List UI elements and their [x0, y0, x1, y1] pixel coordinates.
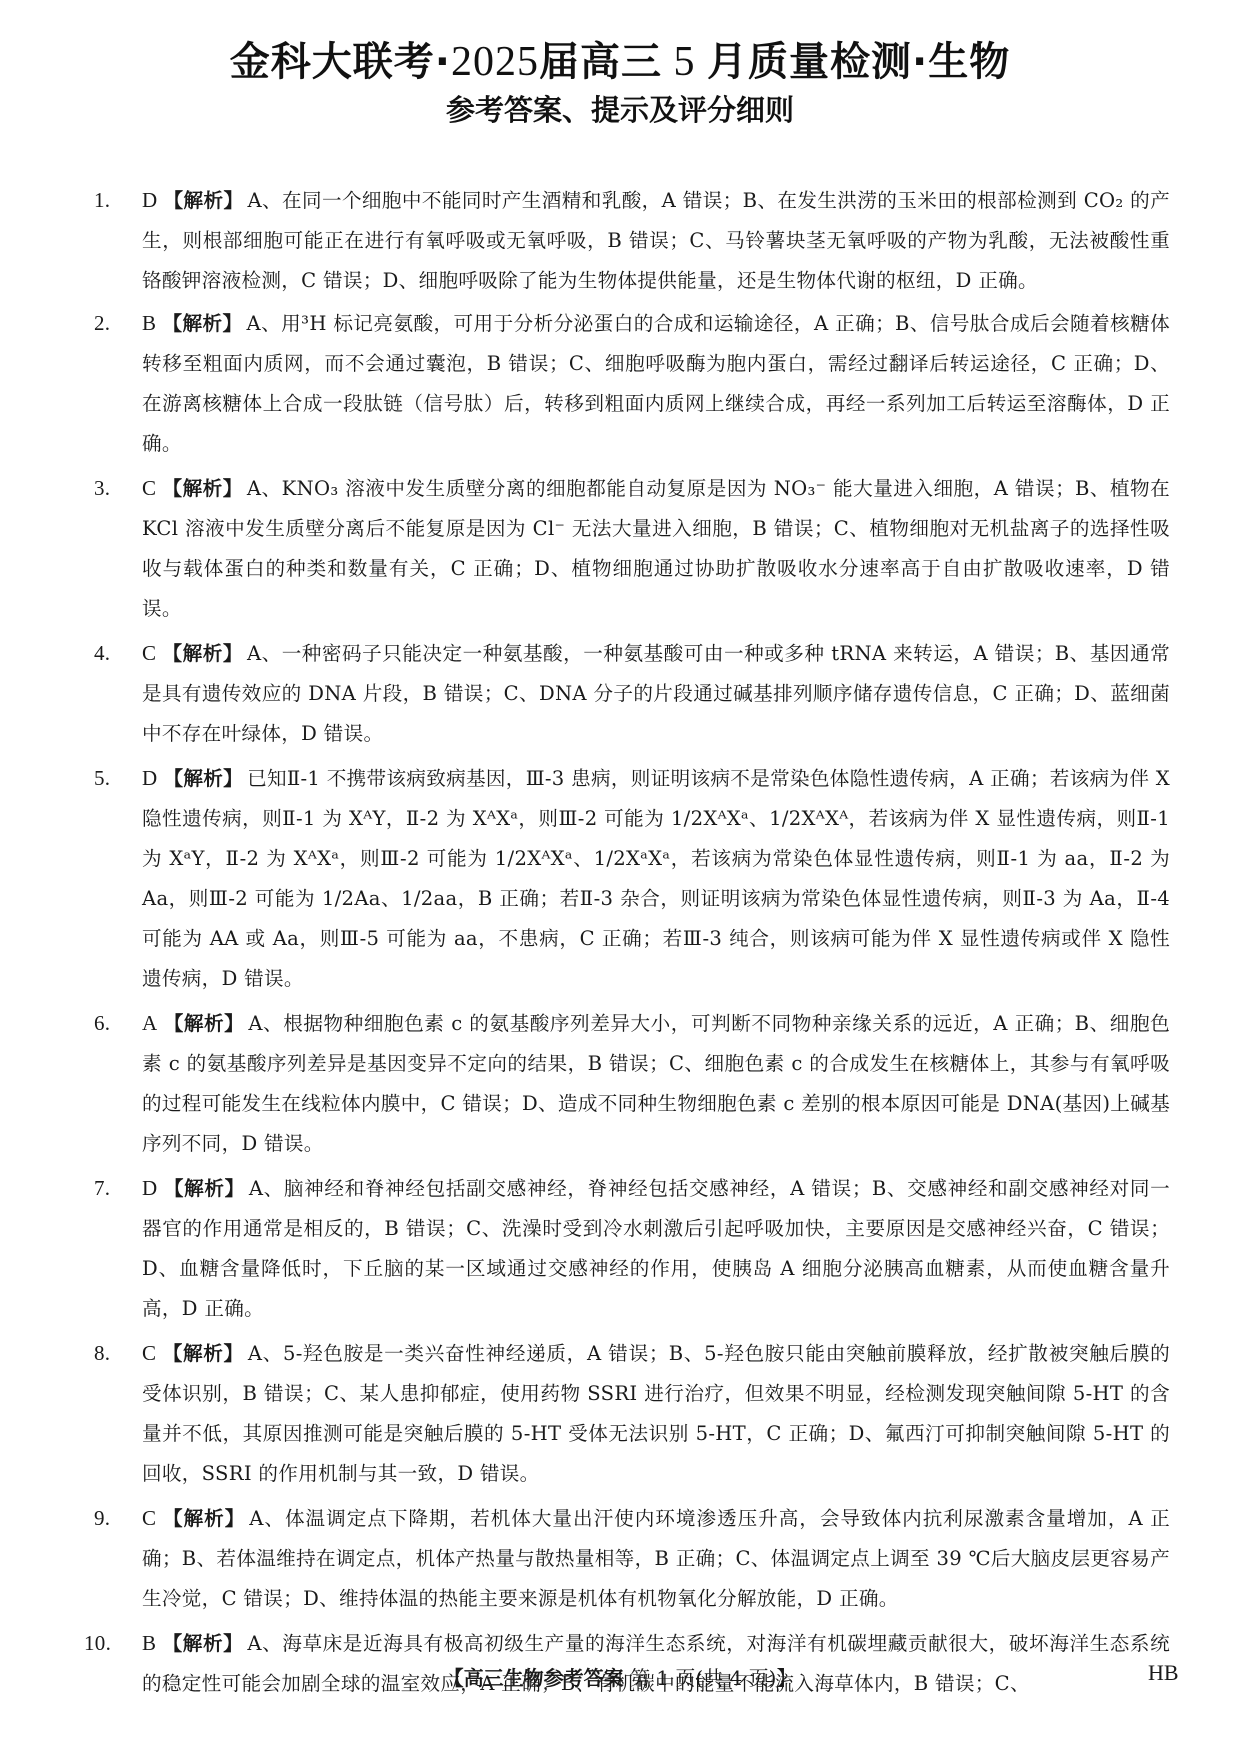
answer-item: 7.D【解析】A、脑神经和脊神经包括副交感神经，脊神经包括交感神经，A 错误；B…	[96, 1168, 1170, 1329]
answer-letter: D	[142, 766, 157, 790]
document-title: 金科大联考·2025届高三 5 月质量检测·生物	[0, 30, 1240, 87]
answer-letter: A	[142, 1011, 157, 1035]
analysis-tag: 【解析】	[162, 1632, 243, 1655]
question-number: 6.	[94, 1003, 110, 1043]
answer-item: 2.B【解析】A、用³H 标记亮氨酸，可用于分析分泌蛋白的合成和运输途径，A 正…	[96, 303, 1170, 464]
analysis-tag: 【解析】	[163, 1177, 244, 1200]
analysis-tag: 【解析】	[163, 767, 243, 790]
analysis-tag: 【解析】	[162, 642, 243, 665]
footer-label: 【高三生物参考答案	[444, 1666, 624, 1690]
question-number: 10.	[84, 1623, 111, 1663]
answer-item: 3.C【解析】A、KNO₃ 溶液中发生质壁分离的细胞都能自动复原是因为 NO₃⁻…	[96, 468, 1170, 629]
question-number: 7.	[94, 1168, 110, 1208]
title-month: 5	[662, 39, 707, 85]
answer-letter: B	[142, 311, 156, 335]
document-subtitle: 参考答案、提示及评分细则	[0, 88, 1240, 129]
paper-code: HB	[1148, 1660, 1179, 1686]
answer-text: A、用³H 标记亮氨酸，可用于分析分泌蛋白的合成和运输途径，A 正确；B、信号肽…	[142, 312, 1170, 455]
question-number: 4.	[94, 633, 110, 673]
answer-text: A、体温调定点下降期，若机体大量出汗使内环境渗透压升高，会导致体内抗利尿激素含量…	[142, 1507, 1170, 1610]
title-year: 2025	[451, 39, 539, 85]
analysis-tag: 【解析】	[162, 477, 243, 500]
answer-item: 9.C【解析】A、体温调定点下降期，若机体大量出汗使内环境渗透压升高，会导致体内…	[96, 1498, 1170, 1619]
analysis-tag: 【解析】	[162, 1342, 244, 1365]
analysis-tag: 【解析】	[163, 189, 243, 212]
answer-item: 5.D【解析】已知Ⅱ-1 不携带该病致病基因，Ⅲ-3 患病，则证明该病不是常染色…	[96, 758, 1170, 999]
title-prefix: 金科大联考·	[230, 39, 451, 85]
answer-letter: B	[142, 1631, 156, 1655]
answer-item: 6.A【解析】A、根据物种细胞色素 c 的氨基酸序列差异大小，可判断不同物种亲缘…	[96, 1003, 1170, 1164]
question-number: 2.	[94, 303, 110, 343]
answer-item: 1.D【解析】A、在同一个细胞中不能同时产生酒精和乳酸，A 错误；B、在发生洪涝…	[96, 180, 1170, 301]
answer-letter: C	[142, 476, 156, 500]
answer-letter: D	[142, 188, 157, 212]
answer-text: A、脑神经和脊神经包括副交感神经，脊神经包括交感神经，A 错误；B、交感神经和副…	[142, 1177, 1170, 1320]
answer-letter: D	[142, 1176, 157, 1200]
answer-text: A、5-羟色胺是一类兴奋性神经递质，A 错误；B、5-羟色胺只能由突触前膜释放，…	[142, 1342, 1170, 1485]
analysis-tag: 【解析】	[162, 312, 242, 335]
answer-list: 1.D【解析】A、在同一个细胞中不能同时产生酒精和乳酸，A 错误；B、在发生洪涝…	[96, 180, 1170, 1704]
answer-letter: C	[142, 1506, 156, 1530]
answer-text: A、在同一个细胞中不能同时产生酒精和乳酸，A 错误；B、在发生洪涝的玉米田的根部…	[142, 189, 1170, 292]
answer-text: A、根据物种细胞色素 c 的氨基酸序列差异大小，可判断不同物种亲缘关系的远近，A…	[142, 1012, 1170, 1155]
page-number: 第 1 页(共 4 页)】	[630, 1666, 796, 1690]
question-number: 8.	[94, 1333, 110, 1373]
answer-letter: C	[142, 641, 156, 665]
title-suffix: 月质量检测·生物	[707, 39, 1010, 85]
answer-text: A、一种密码子只能决定一种氨基酸，一种氨基酸可由一种或多种 tRNA 来转运，A…	[142, 642, 1170, 745]
answer-text: 已知Ⅱ-1 不携带该病致病基因，Ⅲ-3 患病，则证明该病不是常染色体隐性遗传病，…	[142, 767, 1170, 990]
answer-item: 8.C【解析】A、5-羟色胺是一类兴奋性神经递质，A 错误；B、5-羟色胺只能由…	[96, 1333, 1170, 1494]
question-number: 9.	[94, 1498, 110, 1538]
answer-text: A、KNO₃ 溶液中发生质壁分离的细胞都能自动复原是因为 NO₃⁻ 能大量进入细…	[142, 477, 1170, 620]
question-number: 1.	[94, 180, 110, 220]
answer-item: 4.C【解析】A、一种密码子只能决定一种氨基酸，一种氨基酸可由一种或多种 tRN…	[96, 633, 1170, 754]
title-middle: 届高三	[539, 39, 662, 85]
question-number: 5.	[94, 758, 110, 798]
page-footer: 【高三生物参考答案 第 1 页(共 4 页)】	[0, 1662, 1240, 1691]
analysis-tag: 【解析】	[162, 1507, 245, 1530]
question-number: 3.	[94, 468, 110, 508]
answer-letter: C	[142, 1341, 156, 1365]
analysis-tag: 【解析】	[163, 1012, 244, 1035]
